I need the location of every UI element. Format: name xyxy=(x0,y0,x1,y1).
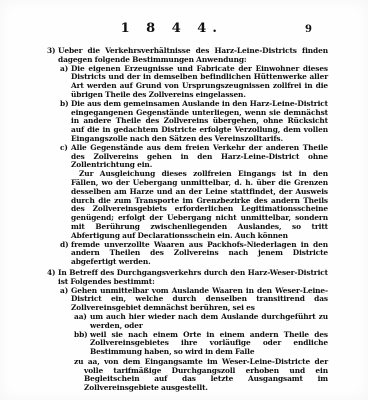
item-marker: d) xyxy=(60,241,71,250)
item-marker: a) xyxy=(60,287,71,296)
list-item-3a: a) Die eigenen Erzeugnisse und Fabricate… xyxy=(60,65,328,100)
item-marker: aa) xyxy=(74,313,90,322)
year-heading: 1 8 4 4. xyxy=(121,21,223,36)
item-text: Alle Gegenstände aus dem freien Verkehr … xyxy=(71,144,328,241)
item-text: um auch hier wieder nach dem Auslande du… xyxy=(90,313,328,331)
list-item-4a-bb: bb) weil sie nach einem Orte in einem an… xyxy=(74,331,328,357)
list-item-3: 3) Ueber die Verkehrsverhältnisse des Ha… xyxy=(47,47,328,65)
list-item-4a: a) Gehen unmittelbar vom Auslande Waaren… xyxy=(60,287,328,313)
list-item-4: 4) In Betreff des Durchgangsverkehrs dur… xyxy=(47,269,328,287)
sublist-of-4a: aa) um auch hier wieder nach dem Ausland… xyxy=(74,313,328,357)
list-item-4a-aa: aa) um auch hier wieder nach dem Ausland… xyxy=(74,313,328,331)
item-marker: bb) xyxy=(74,331,90,340)
item-text-lead: Alle Gegenstände aus dem freien Verkehr … xyxy=(71,144,328,170)
item-marker: b) xyxy=(60,100,71,109)
page-header: 1 8 4 4. 9 xyxy=(0,21,368,37)
item-text: Ueber die Verkehrsverhältnisse des Harz-… xyxy=(58,47,328,65)
page-number: 9 xyxy=(305,24,312,35)
item-text: Die eigenen Erzeugnisse und Fabricate de… xyxy=(71,65,328,100)
item-text: In Betreff des Durchgangsverkehrs durch … xyxy=(58,269,328,287)
list-item-3c: c) Alle Gegenstände aus dem freien Verke… xyxy=(60,144,328,241)
item-paragraph: Zur Ausgleichung dieses zollfreien Einga… xyxy=(71,170,328,240)
document-page: 1 8 4 4. 9 3) Ueber die Verkehrsverhältn… xyxy=(0,0,368,400)
item-text: Die aus dem gemeinsamen Auslande in den … xyxy=(71,100,328,144)
list-item-3d: d) fremde unverzollte Waaren aus Packhof… xyxy=(60,241,328,267)
item-text: fremde unverzollte Waaren aus Packhofs-N… xyxy=(71,241,328,267)
item-marker: a) xyxy=(60,65,71,74)
sublist-of-3: a) Die eigenen Erzeugnisse und Fabricate… xyxy=(60,65,328,267)
sublist-of-4: a) Gehen unmittelbar vom Auslande Waaren… xyxy=(60,287,328,394)
item-marker: c) xyxy=(60,144,71,153)
item-marker: 3) xyxy=(47,47,58,56)
item-text: weil sie nach einem Orte in einem andern… xyxy=(90,331,328,357)
document-body: 3) Ueber die Verkehrsverhältnisse des Ha… xyxy=(47,45,328,393)
list-item-3b: b) Die aus dem gemeinsamen Auslande in d… xyxy=(60,100,328,144)
item-text: Gehen unmittelbar vom Auslande Waaren in… xyxy=(71,287,328,313)
closing-paragraph: zu aa, von dem Eingangsamte im Weser-Lei… xyxy=(74,358,328,393)
item-marker: 4) xyxy=(47,269,58,278)
